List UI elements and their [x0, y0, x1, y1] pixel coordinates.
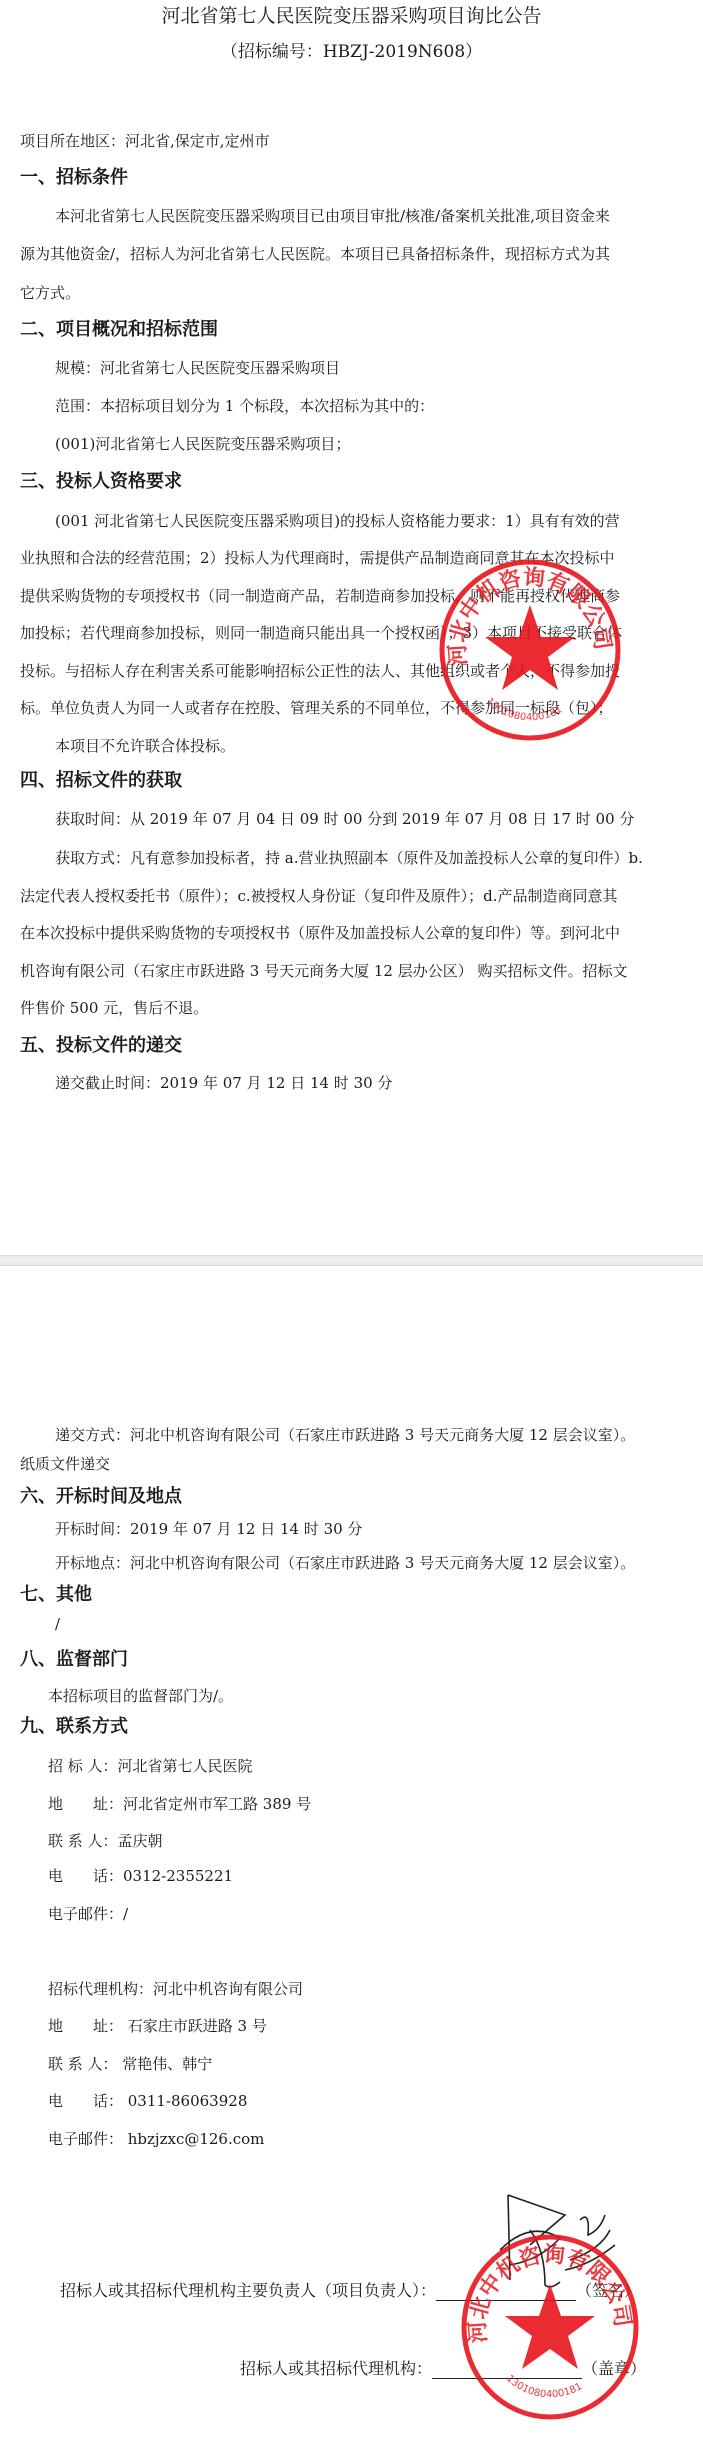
supervision-body: 本招标项目的监督部门为/。	[48, 1686, 233, 1706]
responsible-suffix: （签名）	[576, 2281, 640, 2300]
responsible-label: 招标人或其招标代理机构主要负责人（项目负责人）：	[60, 2281, 436, 2300]
opening-time: 开标时间：2019 年 07 月 12 日 14 时 30 分	[55, 1519, 362, 1539]
tenderer-name: 招 标 人：河北省第七人民医院	[48, 1756, 253, 1776]
paragraph-line: 法定代表人授权委托书（原件）；c.被授权人身份证（复印件及原件）；d.产品制造商…	[20, 886, 618, 906]
tenderer-phone: 电 话：0312-2355221	[48, 1866, 233, 1886]
paragraph-line: 件售价 500 元，售后不退。	[20, 998, 208, 1018]
signature-blank	[436, 2284, 576, 2301]
paragraph-line: 加投标；若代理商参加投标，则同一制造商只能出具一个授权函）；3）本项目不接受联合…	[20, 623, 622, 643]
paragraph-line: 本河北省第七人民医院变压器采购项目已由项目审批/核准/备案机关批准,项目资金来	[55, 206, 610, 226]
paragraph-line: 机咨询有限公司（石家庄市跃进路 3 号天元商务大厦 12 层办公区） 购买招标文…	[20, 961, 627, 981]
agency-address: 地 址： 石家庄市跃进路 3 号	[48, 2016, 267, 2036]
responsible-signature-row: 招标人或其招标代理机构主要负责人（项目负责人）：（签名）	[60, 2281, 640, 2301]
org-suffix: （盖章）	[582, 2359, 646, 2378]
section-heading-6: 六、开标时间及地点	[20, 1487, 182, 1507]
paragraph-line: 它方式。	[20, 283, 80, 303]
paragraph-line: 源为其他资金/，招标人为河北省第七人民医院。本项目已具备招标条件，现招标方式为其	[20, 244, 610, 264]
project-region: 项目所在地区：河北省,保定市,定州市	[20, 131, 270, 151]
project-scale: 规模：河北省第七人民医院变压器采购项目	[55, 358, 340, 378]
section-heading-3: 三、投标人资格要求	[20, 472, 182, 492]
section-heading-8: 八、监督部门	[20, 1650, 128, 1670]
opening-place: 开标地点：河北中机咨询有限公司（石家庄市跃进路 3 号天元商务大厦 12 层会议…	[55, 1553, 635, 1573]
paragraph-line: 获取方式：凡有意参加投标者，持 a.营业执照副本（原件及加盖投标人公章的复印件）…	[55, 848, 643, 868]
agency-email: 电子邮件： hbzjzxc@126.com	[48, 2129, 264, 2149]
paragraph-line: 提供采购货物的专项授权书（同一制造商产品，若制造商参加投标，则不能再授权代理商参	[20, 586, 620, 606]
org-label: 招标人或其招标代理机构：	[240, 2359, 432, 2378]
tenderer-contact: 联 系 人：孟庆朝	[48, 1831, 163, 1851]
acquire-time: 获取时间：从 2019 年 07 月 04 日 09 时 00 分到 2019 …	[55, 809, 634, 829]
submission-paper: 纸质文件递交	[20, 1454, 110, 1474]
project-scope: 范围：本招标项目划分为 1 个标段，本次招标为其中的：	[55, 396, 434, 416]
section-heading-7: 七、其他	[20, 1585, 92, 1605]
seal-blank	[432, 2362, 582, 2379]
section-heading-1: 一、招标条件	[20, 168, 128, 188]
other-body: /	[55, 1614, 60, 1634]
document-title: 河北省第七人民医院变压器采购项目询比公告	[0, 6, 703, 26]
page-separator	[0, 1255, 703, 1266]
section-heading-2: 二、项目概况和招标范围	[20, 320, 218, 340]
svg-text:河北中机咨询有限公司: 河北中机咨询有限公司	[445, 565, 614, 667]
agency-phone: 电 话： 0311-86063928	[48, 2091, 247, 2111]
tenderer-address: 地 址：河北省定州市军工路 389 号	[48, 1794, 311, 1814]
tenderer-email: 电子邮件：/	[48, 1904, 128, 1924]
paragraph-line: 在本次投标中提供采购货物的专项授权书（原件及加盖投标人公章的复印件）等。到河北中	[20, 923, 620, 943]
paragraph-line: 业执照和合法的经营范围；2）投标人为代理商时，需提供产品制造商同意其在本次投标中	[20, 548, 615, 568]
submission-method: 递交方式：河北中机咨询有限公司（石家庄市跃进路 3 号天元商务大厦 12 层会议…	[55, 1425, 635, 1445]
agency-contact: 联 系 人： 常艳伟、韩宁	[48, 2054, 212, 2074]
section-heading-4: 四、招标文件的获取	[20, 771, 182, 791]
consortium-note: 本项目不允许联合体投标。	[55, 736, 235, 756]
submission-deadline: 递交截止时间：2019 年 07 月 12 日 14 时 30 分	[55, 1073, 392, 1093]
section-heading-9: 九、联系方式	[20, 1717, 128, 1737]
org-seal-row: 招标人或其招标代理机构：（盖章）	[240, 2359, 646, 2379]
paragraph-line: (001 河北省第七人民医院变压器采购项目)的投标人资格能力要求：1）具有有效的…	[55, 511, 620, 531]
agency-name: 招标代理机构：河北中机咨询有限公司	[48, 1979, 303, 1999]
paragraph-line: 标。单位负责人为同一人或者存在控股、管理关系的不同单位，不得参加同一标段（包）；	[20, 698, 613, 718]
paragraph-line: 投标。与招标人存在利害关系可能影响招标公正性的法人、其他组织或者个人，不得参加投	[20, 661, 620, 681]
company-seal-icon-2: 河北中机咨询有限公司 1301080400181	[455, 2232, 645, 2422]
bid-number: （招标编号：HBZJ-2019N608）	[0, 42, 703, 62]
project-lot: (001)河北省第七人民医院变压器采购项目；	[55, 434, 350, 454]
section-heading-5: 五、投标文件的递交	[20, 1036, 182, 1056]
